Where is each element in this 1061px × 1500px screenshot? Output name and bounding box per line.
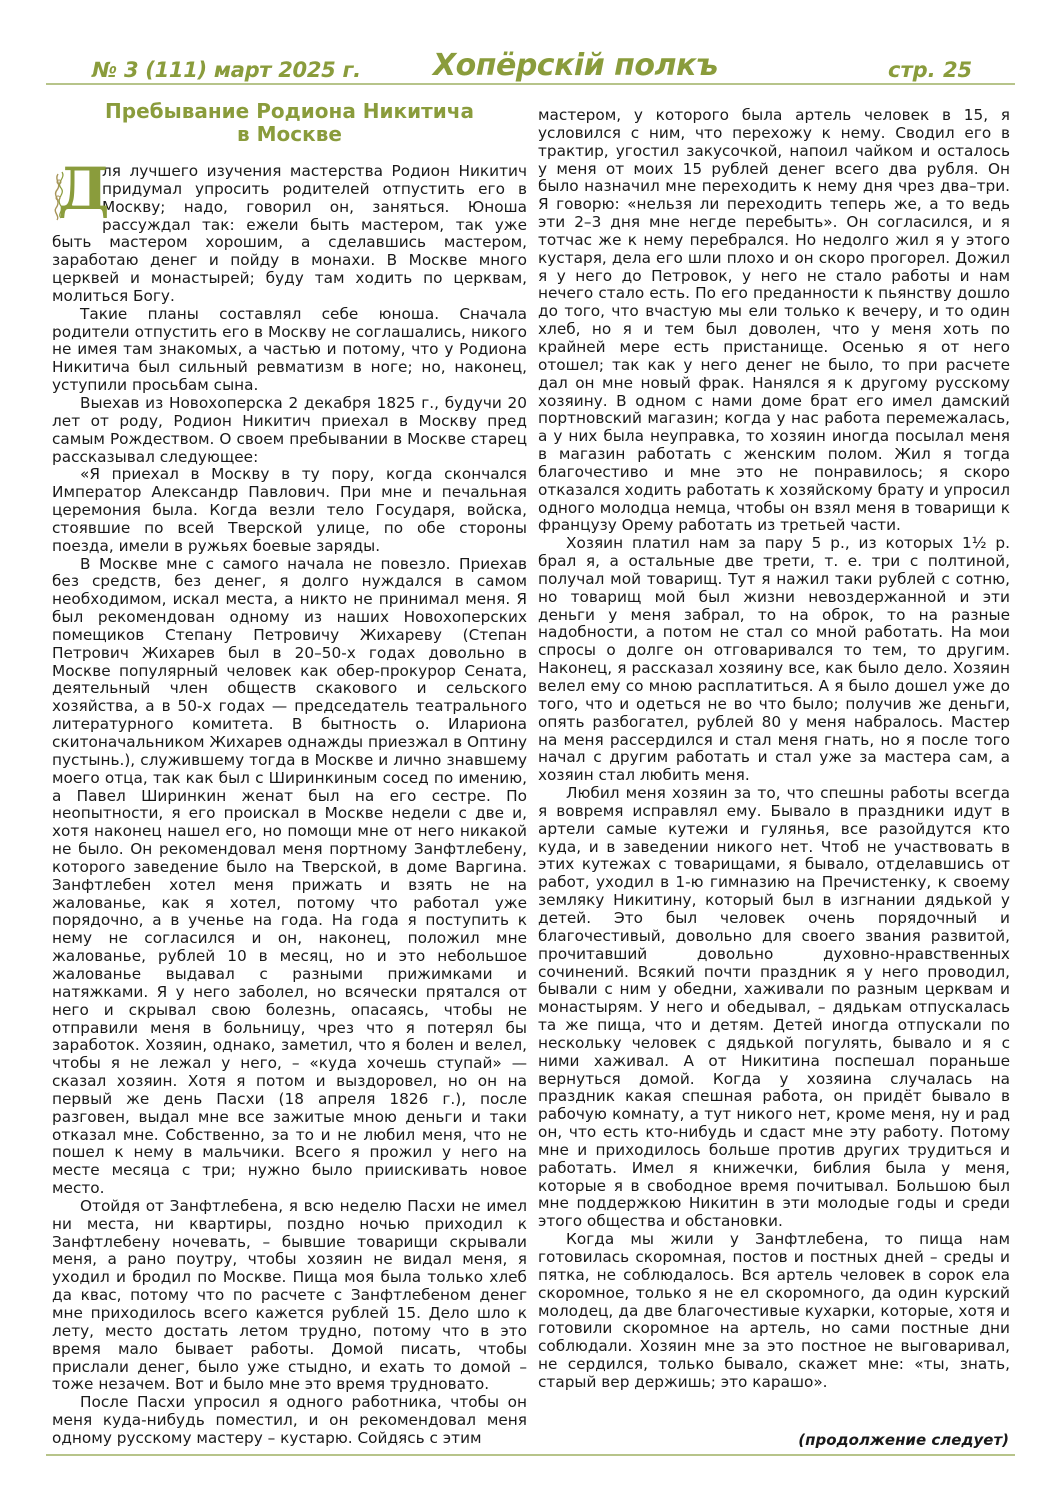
paragraph: Д ля лучшего изучения мастерства Родион … [52,163,527,306]
footer-divider [46,1454,1015,1456]
dropcap-letter: Д [58,160,110,218]
paragraph: Любил меня хозяин за то, что спешны рабо… [538,785,1010,1231]
issue-number: № 3 (111) март 2025 г. [92,58,361,82]
newspaper-title: Хопёрскiй полкъ [433,48,718,83]
paragraph: Выехав из Новохоперска 2 декабря 1825 г.… [52,395,527,466]
paragraph: После Пасхи упросил я одного работника, … [52,1394,527,1448]
paragraph: Такие планы составлял себе юноша. Сначал… [52,306,527,395]
paragraph: «Я приехал в Москву в ту пору, когда ско… [52,466,527,555]
header-divider [46,83,1015,85]
article-title: Пребывание Родиона Никитича в Москве [52,100,527,146]
page-number: стр. 25 [888,58,972,82]
paragraph: Когда мы жили у Занфтлебена, то пища нам… [538,1231,1010,1392]
paragraph: Отойдя от Занфтлебена, я всю неделю Пасх… [52,1198,527,1394]
paragraph: Хозяин платил нам за пару 5 р., из котор… [538,535,1010,785]
article-title-line-1: Пребывание Родиона Никитича [52,100,527,123]
page-header: № 3 (111) март 2025 г. Хопёрскiй полкъ с… [0,52,1061,84]
article-title-line-2: в Москве [52,123,527,146]
paragraph: В Москве мне с самого начала не повезло.… [52,556,527,1198]
continuation-note: (продолжение следует) [798,1431,1009,1449]
paragraph-text: ля лучшего изучения мастерства Родион Ни… [52,162,527,305]
right-column: мастером, у которого была артель человек… [538,107,1010,1392]
dropcap-ornament-icon: Д [52,166,92,218]
paragraph: мастером, у которого была артель человек… [538,107,1010,535]
left-column: Пребывание Родиона Никитича в Москве Д л… [52,100,527,1448]
